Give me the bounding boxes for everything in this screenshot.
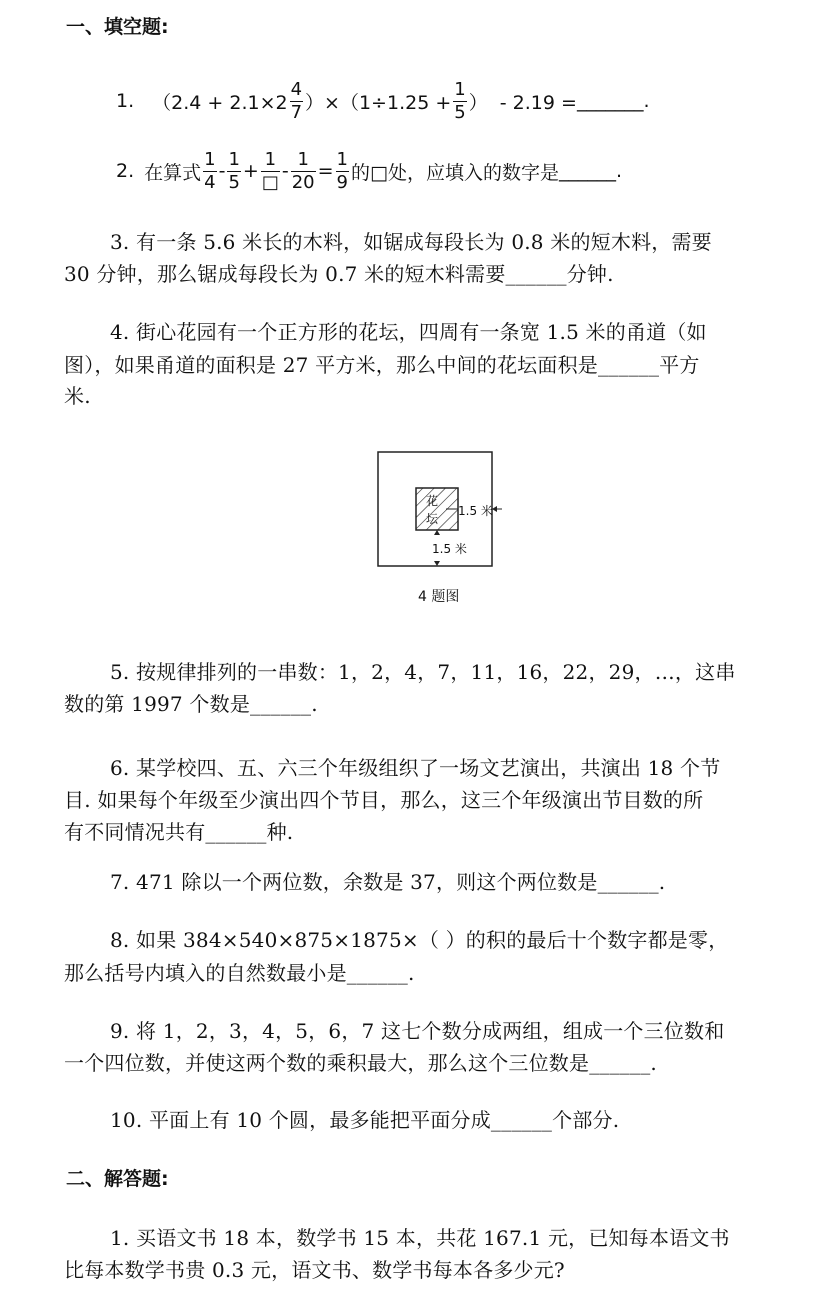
answer-question-1-line-1: 1. 买语文书 18 本，数学书 15 本，共花 167.1 元，已知每本语文书: [110, 1222, 730, 1251]
question-9-line-1: 9. 将 1，2，3，4，5，6，7 这七个数分成两组，组成一个三位数和: [110, 1015, 724, 1044]
denominator: 5: [227, 171, 240, 192]
denominator: 5: [453, 101, 466, 122]
question-number: 1.: [116, 90, 134, 112]
answer-question-1-line-2: 比每本数学书贵 0.3 元，语文书、数学书每本各多少元?: [64, 1254, 565, 1283]
text: 在算式: [144, 158, 201, 185]
math-text: （2.4 + 2.1×2: [152, 88, 287, 115]
math-text: ） - 2.19 =: [469, 88, 577, 115]
question-9-line-2: 一个四位数，并使这两个数的乘积最大，那么这个三位数是______.: [64, 1047, 657, 1076]
fraction: 1 5: [227, 151, 240, 192]
inner-label-top: 花: [426, 492, 438, 509]
numerator: 1: [453, 81, 466, 101]
section-heading-fill-in: 一、填空题:: [66, 12, 169, 39]
numerator: 1: [296, 151, 309, 171]
question-6-line-1: 6. 某学校四、五、六三个年级组织了一场文艺演出，共演出 18 个节: [110, 752, 720, 781]
question-8-line-1: 8. 如果 384×540×875×1875×（ ）的积的最后十个数字都是零，: [110, 924, 728, 953]
question-2: 2. 在算式 1 4 - 1 5 + 1 □ - 1 20 = 1 9 的□处，…: [116, 146, 622, 196]
denominator: 20: [291, 171, 316, 192]
question-6-line-2: 目. 如果每个年级至少演出四个节目，那么，这三个年级演出节目数的所: [64, 784, 703, 813]
answer-blank[interactable]: ______: [559, 160, 616, 182]
question-4-line-1: 4. 街心花园有一个正方形的花坛，四周有一条宽 1.5 米的甬道（如: [110, 316, 707, 345]
question-1: 1. （2.4 + 2.1×2 4 7 ）×（1÷1.25 + 1 5 ） - …: [116, 76, 650, 126]
question-5-line-1: 5. 按规律排列的一串数：1，2，4，7，11，16，22，29，…，这串: [110, 656, 736, 685]
question-4-line-2: 图），如果甬道的面积是 27 平方米，那么中间的花坛面积是______平方: [64, 349, 700, 378]
numerator: 1: [203, 151, 216, 171]
question-3-line-1: 3. 有一条 5.6 米长的木料，如锯成每段长为 0.8 米的短木料，需要: [110, 226, 712, 255]
numerator: 1: [227, 151, 240, 171]
denominator: 7: [290, 101, 303, 122]
math-text: ）×（1÷1.25 +: [305, 88, 451, 115]
operator: +: [243, 160, 259, 182]
denominator-box: □: [261, 171, 280, 192]
operator: =: [318, 160, 334, 182]
fraction: 1 4: [203, 151, 216, 192]
answer-blank[interactable]: _______: [577, 90, 644, 112]
section-heading-answer: 二、解答题:: [66, 1164, 169, 1191]
denominator: 4: [203, 171, 216, 192]
operator: -: [219, 160, 226, 182]
question-number: 2.: [116, 160, 134, 182]
numerator: 1: [336, 151, 349, 171]
question-5-line-2: 数的第 1997 个数是______.: [64, 688, 318, 717]
question-8-line-2: 那么括号内填入的自然数最小是______.: [64, 957, 415, 986]
period: .: [643, 90, 649, 112]
question-10-line-1: 10. 平面上有 10 个圆，最多能把平面分成______个部分.: [110, 1104, 619, 1133]
question-4-line-3: 米.: [64, 380, 91, 409]
fraction: 1 9: [336, 151, 349, 192]
numerator: 1: [264, 151, 277, 171]
inner-label-bottom: 坛: [426, 510, 438, 527]
question-7-line-1: 7. 471 除以一个两位数，余数是 37，则这个两位数是______.: [110, 866, 665, 895]
question-6-line-3: 有不同情况共有______种.: [64, 816, 293, 845]
denominator: 9: [336, 171, 349, 192]
fraction-unknown: 1 □: [261, 151, 280, 192]
operator: -: [282, 160, 289, 182]
right-dimension-label: 1.5 米: [458, 502, 493, 519]
figure-4: 花 坛 1.5 米 1.5 米 4 题图: [372, 448, 502, 608]
text: 的□处，应填入的数字是: [351, 158, 559, 185]
period: .: [616, 160, 622, 182]
fraction: 1 20: [291, 151, 316, 192]
question-3-line-2: 30 分钟，那么锯成每段长为 0.7 米的短木料需要______分钟.: [64, 258, 614, 287]
fraction: 1 5: [453, 81, 466, 122]
bottom-dimension-label: 1.5 米: [432, 540, 467, 557]
fraction-mixed: 4 7: [290, 81, 303, 122]
numerator: 4: [290, 81, 303, 101]
figure-caption: 4 题图: [418, 586, 459, 606]
